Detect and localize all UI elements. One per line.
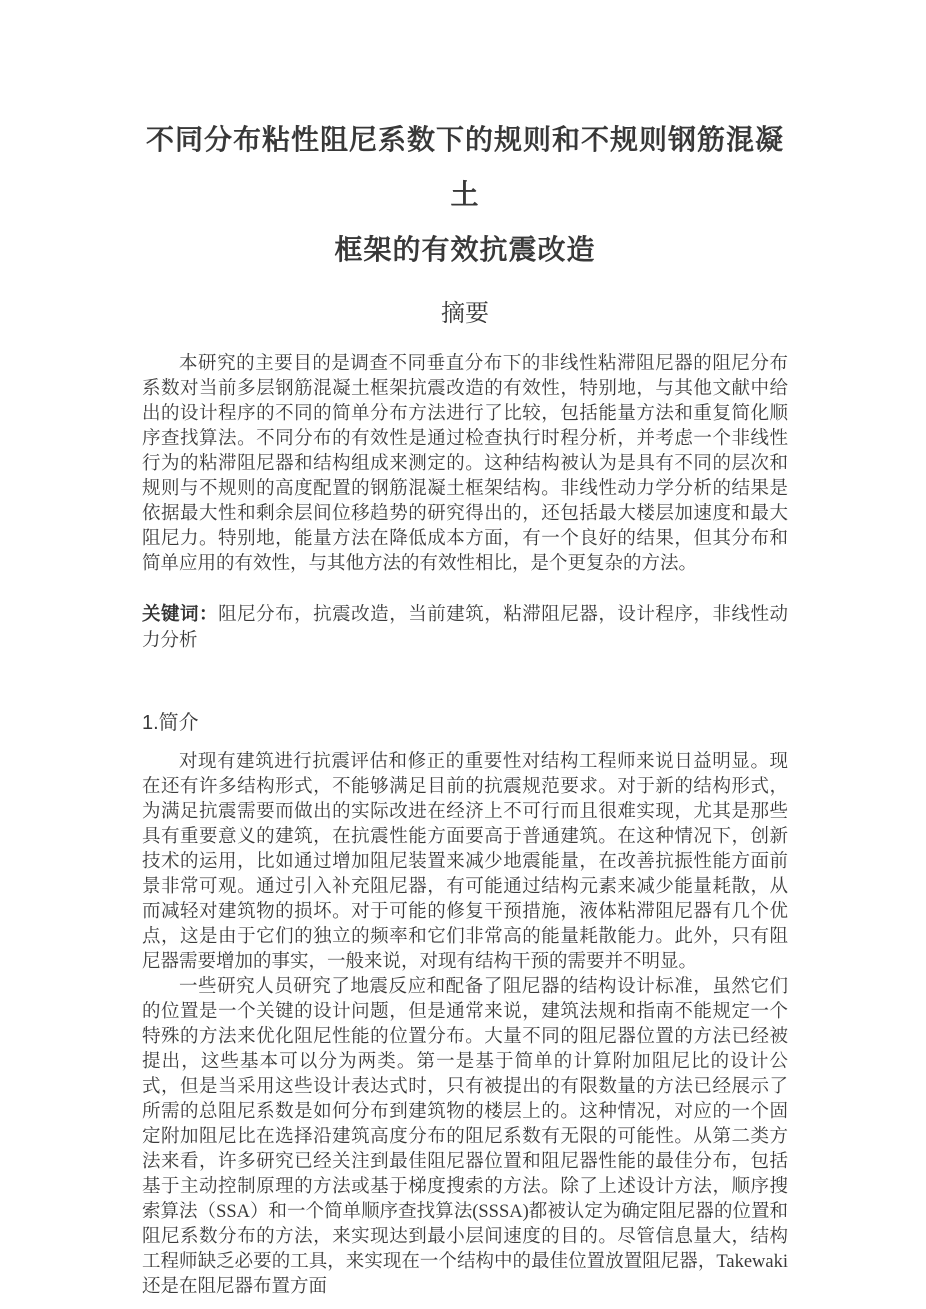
abstract-paragraph: 本研究的主要目的是调查不同垂直分布下的非线性粘滞阻尼器的阻尼分布系数对当前多层钢… [142, 352, 788, 577]
paper-title-line2: 框架的有效抗震改造 [142, 222, 788, 277]
keywords-label: 关键词： [142, 603, 218, 624]
keywords-line: 关键词：阻尼分布，抗震改造，当前建筑，粘滞阻尼器，设计程序，非线性动力分析 [142, 601, 788, 654]
document-page: 不同分布粘性阻尼系数下的规则和不规则钢筋混凝土 框架的有效抗震改造 摘要 本研究… [0, 0, 926, 1309]
section1-heading: 1.简介 [142, 710, 788, 736]
intro-paragraph-2: 一些研究人员研究了地震反应和配备了阻尼器的结构设计标准，虽然它们的位置是一个关键… [142, 975, 788, 1300]
paper-title-line1: 不同分布粘性阻尼系数下的规则和不规则钢筋混凝土 [142, 112, 788, 222]
intro-paragraph-1: 对现有建筑进行抗震评估和修正的重要性对结构工程师来说日益明显。现在还有许多结构形… [142, 750, 788, 975]
paper-title: 不同分布粘性阻尼系数下的规则和不规则钢筋混凝土 框架的有效抗震改造 [142, 112, 788, 277]
keywords-text: 阻尼分布，抗震改造，当前建筑，粘滞阻尼器，设计程序，非线性动力分析 [142, 605, 788, 651]
abstract-heading: 摘要 [142, 297, 788, 331]
